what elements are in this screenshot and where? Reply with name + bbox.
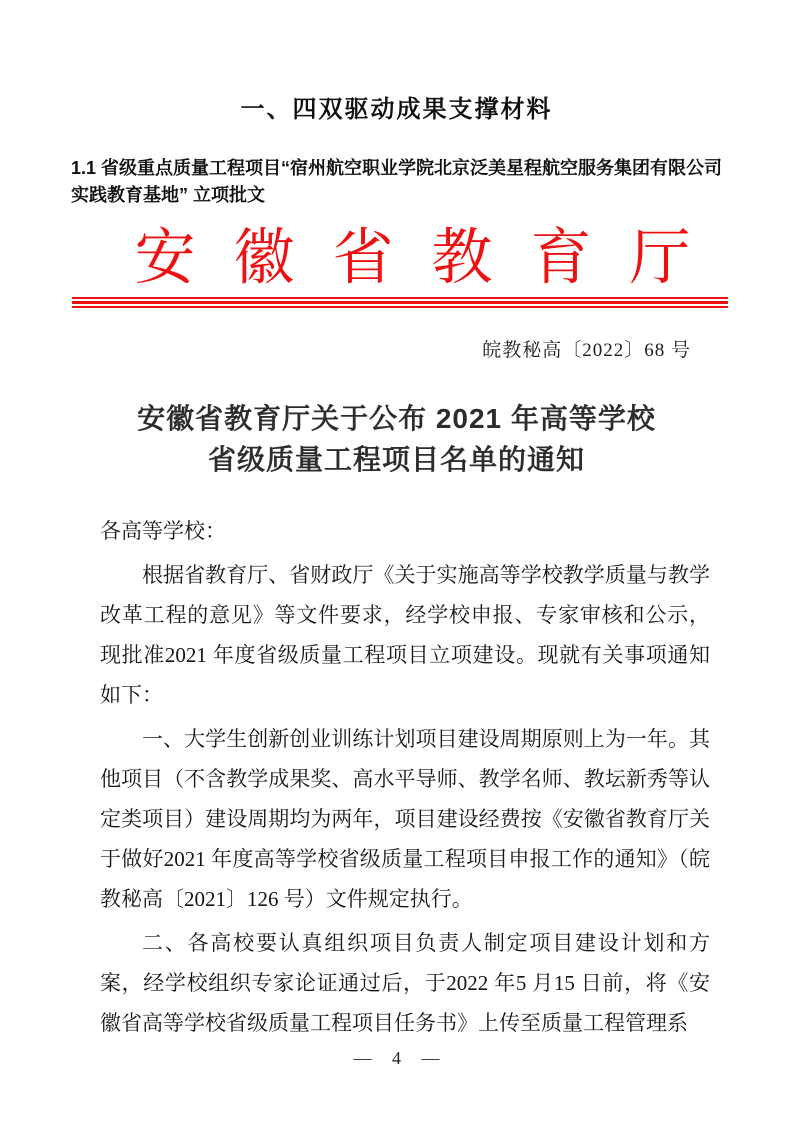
body-paragraph-1: 根据省教育厅、省财政厅《关于实施高等学校教学质量与教学改革工程的意见》等文件要求… bbox=[100, 555, 710, 715]
letterhead-org-name: 安徽省教育厅 bbox=[0, 224, 793, 291]
document-number: 皖教秘高〔2022〕68 号 bbox=[0, 335, 793, 362]
letterhead-rule-top-line bbox=[72, 297, 728, 299]
page-number: — 4 — bbox=[0, 1047, 793, 1069]
letterhead-rule-bottom-line bbox=[72, 306, 728, 308]
body-paragraph-3: 二、各高校要认真组织项目负责人制定项目建设计划和方 案，经学校组织专家论证通过后… bbox=[100, 923, 710, 1043]
notice-title: 安徽省教育厅关于公布 2021 年高等学校 省级质量工程项目名单的通知 bbox=[0, 398, 793, 480]
body-paragraph-2: 一、大学生创新创业训练计划项目建设周期原则上为一年。其他项目（不含教学成果奖、高… bbox=[100, 719, 710, 919]
letterhead-rule bbox=[72, 297, 728, 308]
salutation: 各高等学校： bbox=[100, 511, 710, 551]
letterhead-rule-middle-line bbox=[72, 301, 728, 304]
letterhead: 安徽省教育厅 bbox=[0, 224, 793, 308]
sub-heading: 1.1 省级重点质量工程项目“宿州航空职业学院北京泛美星程航空服务集团有限公司实… bbox=[71, 155, 723, 209]
notice-title-line2: 省级质量工程项目名单的通知 bbox=[0, 439, 793, 480]
document-body: 各高等学校： 根据省教育厅、省财政厅《关于实施高等学校教学质量与教学改革工程的意… bbox=[100, 511, 710, 1043]
section-heading: 一、四双驱动成果支撑材料 bbox=[0, 96, 793, 124]
document-page: 一、四双驱动成果支撑材料 1.1 省级重点质量工程项目“宿州航空职业学院北京泛美… bbox=[0, 0, 793, 1122]
notice-title-line1: 安徽省教育厅关于公布 2021 年高等学校 bbox=[0, 398, 793, 439]
